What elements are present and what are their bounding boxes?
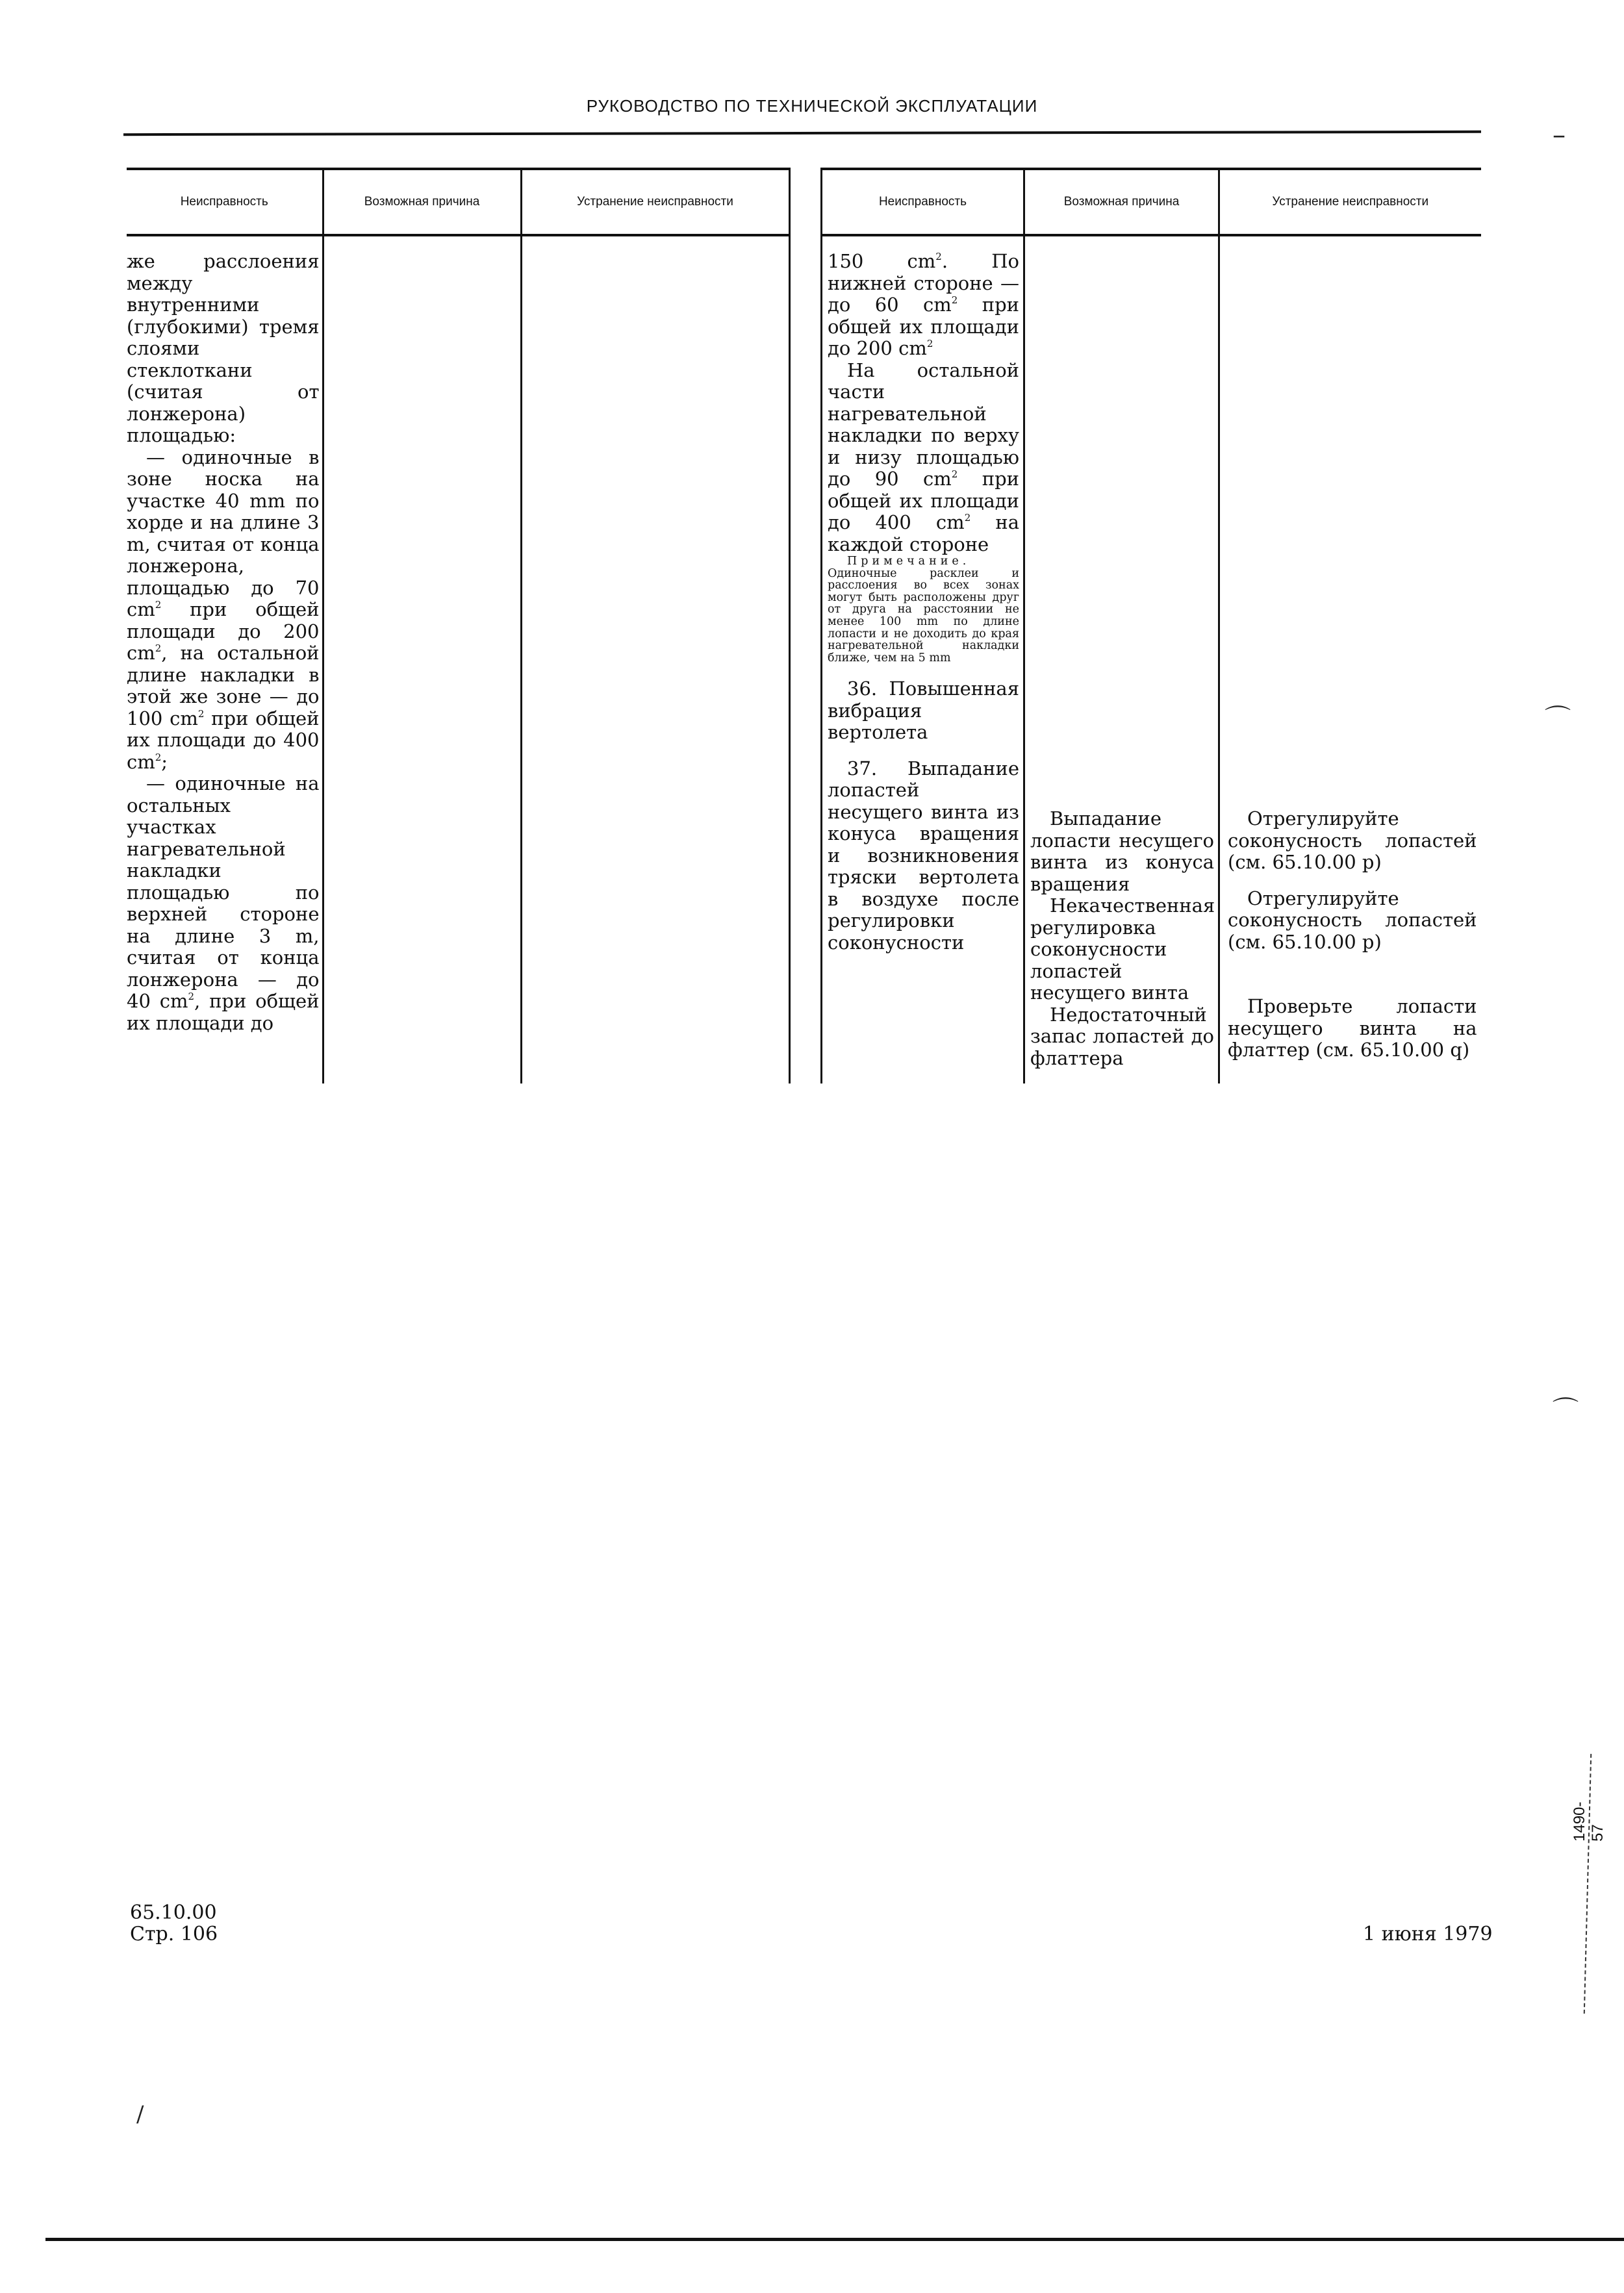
cause-37-b: Недостаточный запас лопастей до флаттера [1030, 1004, 1214, 1070]
column-header-fault: Неисправность [127, 169, 323, 235]
troubleshooting-table-left: Неисправность Возможная причина Устранен… [127, 168, 791, 1083]
margin-mark: ⌒ [1553, 1390, 1579, 1427]
fault-text-other-zones: — одиночные на остальных участках нагрев… [127, 773, 320, 1034]
page-number: Стр. 106 [130, 1923, 218, 1945]
bottom-rule [45, 2238, 1624, 2241]
column-header-remedy: Устранение неисправности [1219, 169, 1481, 235]
fault-36: 36. Повышенная вибрация вертолета [828, 678, 1019, 744]
margin-mark: / [136, 2101, 144, 2127]
note: Примечание. Одиночные расклеи и расслоен… [828, 555, 1019, 664]
remedy-36: Отрегулируйте соконусность лопастей (см.… [1228, 808, 1477, 874]
cause-cell: Выпадание лопасти несущего винта из кону… [1024, 235, 1219, 1083]
fault-text-nose-zone: — одиночные в зоне носка на участке 40 m… [127, 447, 320, 774]
continuation-text-lower-side: 150 cm2. По нижней стороне — до 60 cm2 п… [828, 251, 1019, 360]
fault-37: 37. Выпадание лопастей несущего винта из… [828, 758, 1019, 954]
remedy-cell: Отрегулируйте соконусность лопастей (см.… [1219, 235, 1481, 1083]
footer-left: 65.10.00 Стр. 106 [130, 1902, 218, 1945]
section-code: 65.10.00 [130, 1902, 218, 1923]
remedy-37-a: Отрегулируйте соконусность лопастей (см.… [1228, 888, 1477, 954]
note-label: Примечание. [828, 555, 1019, 568]
column-header-cause: Возможная причина [1024, 169, 1219, 235]
column-header-remedy: Устранение неисправности [521, 169, 789, 235]
continuation-text-remaining-part: На остальной части нагревательной наклад… [828, 360, 1019, 556]
troubleshooting-table-right: Неисправность Возможная причина Устранен… [820, 168, 1481, 1083]
fault-cell: 150 cm2. По нижней стороне — до 60 cm2 п… [822, 235, 1024, 1083]
fault-text-intro: же расслоения между внутренними (глубоки… [127, 251, 320, 447]
cause-37-a: Некачественная регулировка соконусности … [1030, 895, 1214, 1004]
column-header-cause: Возможная причина [323, 169, 521, 235]
note-text: Одиночные расклеи и расслоения во всех з… [828, 567, 1019, 665]
running-title: РУКОВОДСТВО ПО ТЕХНИЧЕСКОЙ ЭКСПЛУАТАЦИИ [0, 96, 1624, 116]
remedy-cell [521, 235, 789, 1083]
fault-cell: же расслоения между внутренними (глубоки… [127, 235, 323, 1083]
margin-mark: ⌒ [1545, 698, 1571, 735]
cause-cell [323, 235, 521, 1083]
margin-mark: – [1553, 120, 1566, 150]
remedy-37-b: Проверьте лопасти несущего винта на флат… [1228, 996, 1477, 1061]
header-rule [123, 131, 1481, 136]
cause-36: Выпадание лопасти несущего винта из кону… [1030, 808, 1214, 895]
revision-date: 1 июня 1979 [1363, 1923, 1493, 1945]
column-header-fault: Неисправность [822, 169, 1024, 235]
